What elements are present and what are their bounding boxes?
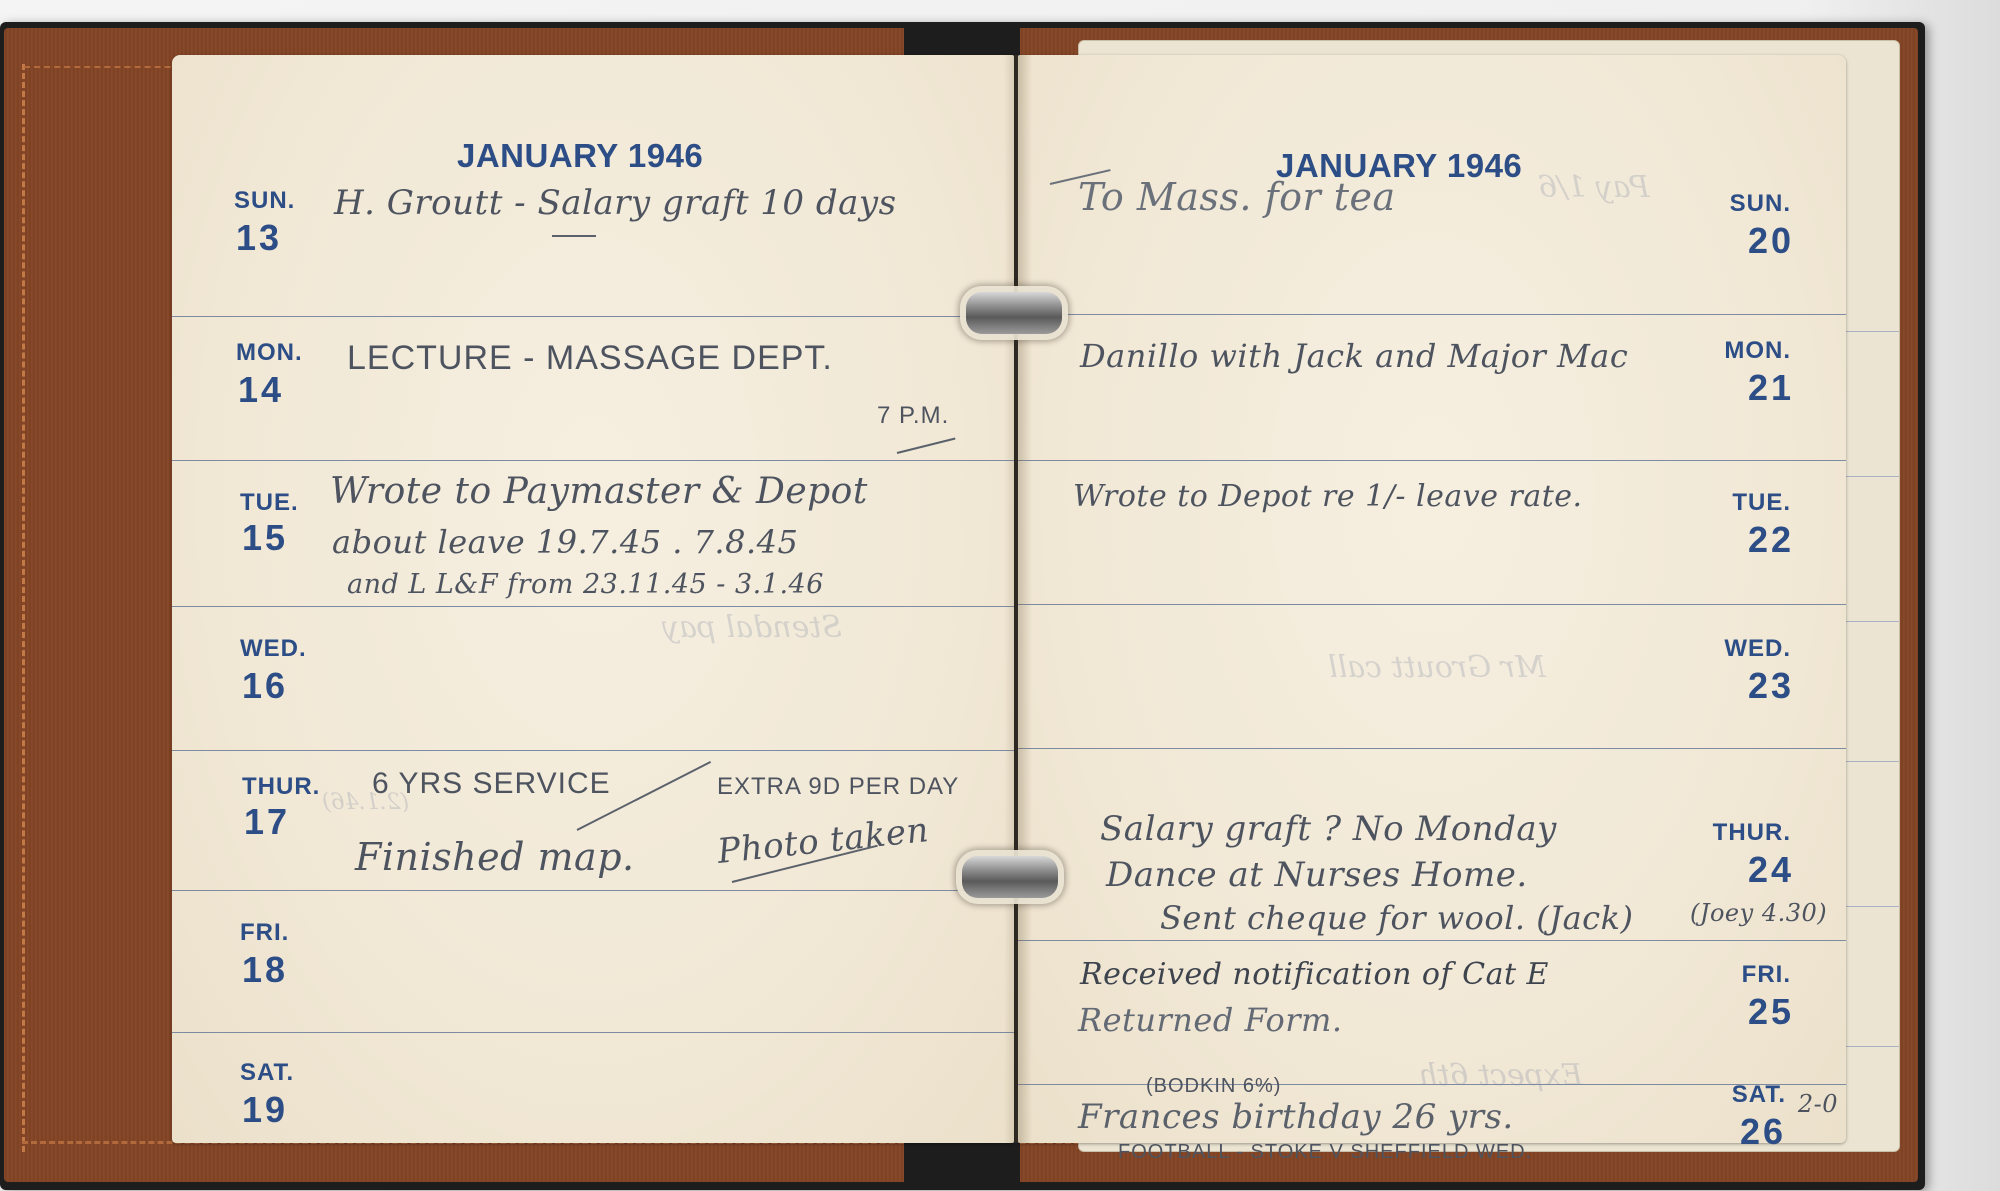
handwritten-entry: Finished map. xyxy=(355,835,635,879)
day-number: 25 xyxy=(1748,991,1794,1033)
day-number: 23 xyxy=(1748,665,1794,707)
handwritten-entry: LECTURE - MASSAGE DEPT. xyxy=(347,339,833,378)
day-number: 20 xyxy=(1748,220,1794,262)
day-number: 22 xyxy=(1748,519,1794,561)
day-number: 21 xyxy=(1748,367,1794,409)
day-name: FRI. xyxy=(240,919,289,947)
diary-page-left[interactable]: Stendal pay (2.1.46) JANUARY 1946 SUN. 1… xyxy=(172,55,1014,1143)
handwritten-entry: Photo taken xyxy=(715,810,930,872)
binder-ring-bottom xyxy=(962,856,1058,898)
day-row-wed-23[interactable]: WED. 23 xyxy=(1018,605,1846,749)
day-row-mon-14[interactable]: MON. 14 LECTURE - MASSAGE DEPT. 7 P.M. xyxy=(172,317,1014,461)
handwritten-entry: Danillo with Jack and Major Mac xyxy=(1080,337,1628,375)
day-number: 18 xyxy=(242,949,288,991)
day-name: SAT. xyxy=(1732,1081,1786,1109)
day-name: TUE. xyxy=(1732,489,1791,517)
day-row-sat-26[interactable]: SAT. 26 (BODKIN 6%) Frances birthday 26 … xyxy=(1018,1085,1846,1143)
pen-underline xyxy=(552,235,596,237)
day-name: SUN. xyxy=(234,187,295,215)
day-name: FRI. xyxy=(1742,961,1791,989)
handwritten-entry: (Joey 4.30) xyxy=(1690,899,1827,927)
day-number: 24 xyxy=(1748,849,1794,891)
handwritten-entry: Received notification of Cat E xyxy=(1080,957,1549,992)
day-row-mon-21[interactable]: MON. 21 Danillo with Jack and Major Mac xyxy=(1018,315,1846,461)
handwritten-entry: 7 P.M. xyxy=(877,402,949,430)
handwritten-entry: Wrote to Paymaster & Depot xyxy=(330,471,868,512)
day-row-sun-13[interactable]: SUN. 13 H. Groutt - Salary graft 10 days xyxy=(172,55,1014,317)
binder-ring-top xyxy=(966,292,1062,334)
day-name: TUE. xyxy=(240,489,299,517)
handwritten-entry: Salary graft ? No Monday xyxy=(1100,809,1557,849)
handwritten-entry: Wrote to Depot re 1/- leave rate. xyxy=(1073,479,1583,514)
day-number: 19 xyxy=(242,1089,288,1131)
pen-underline xyxy=(897,438,956,454)
day-row-thur-17[interactable]: THUR. 17 6 YRS SERVICE EXTRA 9D PER DAY … xyxy=(172,751,1014,891)
day-row-thur-24[interactable]: THUR. 24 Salary graft ? No Monday Dance … xyxy=(1018,749,1846,895)
day-name: THUR. xyxy=(1713,819,1791,847)
day-row-fri-25[interactable]: FRI. 25 Received notification of Cat E R… xyxy=(1018,941,1846,1085)
day-name: THUR. xyxy=(242,773,320,801)
diary-page-right[interactable]: Pay 1/6 Mr Groutt call Expect 6th JANUAR… xyxy=(1018,55,1846,1143)
day-name: WED. xyxy=(240,635,307,663)
day-name: MON. xyxy=(236,339,303,367)
day-name: SUN. xyxy=(1730,190,1791,218)
handwritten-entry: FOOTBALL - STOKE V SHEFFIELD WED. xyxy=(1118,1141,1532,1164)
day-number: 14 xyxy=(238,369,284,411)
day-row-tue-22[interactable]: TUE. 22 Wrote to Depot re 1/- leave rate… xyxy=(1018,461,1846,605)
handwritten-entry: 6 YRS SERVICE xyxy=(372,767,611,801)
stitching xyxy=(22,64,25,1152)
day-number: 16 xyxy=(242,665,288,707)
day-number: 26 xyxy=(1740,1111,1786,1153)
day-row-sun-20[interactable]: SUN. 20 To Mass. for tea xyxy=(1018,55,1846,315)
day-row-wed-16[interactable]: WED. 16 xyxy=(172,607,1014,751)
handwritten-entry: Frances birthday 26 yrs. xyxy=(1078,1097,1514,1137)
handwritten-entry: Dance at Nurses Home. xyxy=(1106,855,1528,895)
handwritten-entry: and L L&F from 23.11.45 - 3.1.46 xyxy=(347,569,824,600)
day-row-sat-19[interactable]: SAT. 19 xyxy=(172,1033,1014,1143)
handwritten-entry: Sent cheque for wool. (Jack) xyxy=(1160,899,1633,937)
day-row-tue-15[interactable]: TUE. 15 Wrote to Paymaster & Depot about… xyxy=(172,461,1014,607)
handwritten-entry: To Mass. for tea xyxy=(1078,175,1396,219)
day-name: WED. xyxy=(1724,635,1791,663)
handwritten-entry: Returned Form. xyxy=(1078,1001,1343,1039)
handwritten-entry: about leave 19.7.45 . 7.8.45 xyxy=(332,523,798,561)
day-number: 17 xyxy=(244,801,290,843)
handwritten-entry: 2-0 xyxy=(1798,1090,1838,1118)
page-gutter xyxy=(1004,55,1032,1143)
day-number: 15 xyxy=(242,517,288,559)
handwritten-entry: EXTRA 9D PER DAY xyxy=(717,773,959,801)
day-name: MON. xyxy=(1724,337,1791,365)
day-number: 13 xyxy=(236,217,282,259)
handwritten-entry: H. Groutt - Salary graft 10 days xyxy=(334,183,897,223)
day-row-fri-18[interactable]: FRI. 18 xyxy=(172,891,1014,1033)
handwritten-entry: (BODKIN 6%) xyxy=(1146,1075,1281,1098)
day-name: SAT. xyxy=(240,1059,294,1087)
